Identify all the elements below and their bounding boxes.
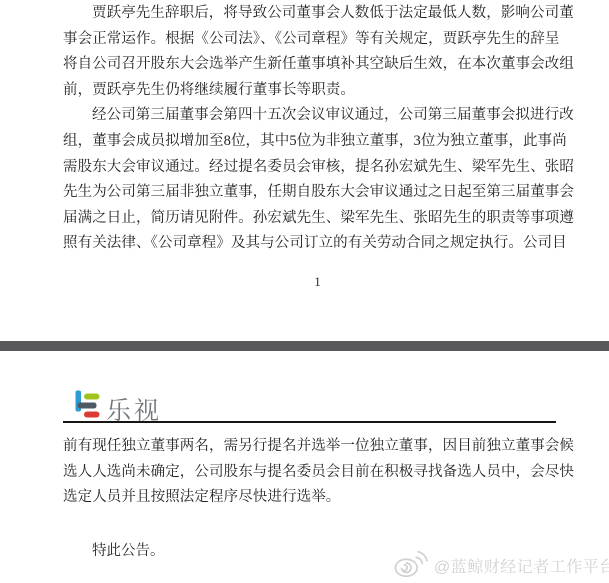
logo-green-bar [84,394,100,400]
body-text-line: 组，董事会成员拟增加至8位，其中5位为非独立董事，3位为独立董事，此事尚 [63,129,577,155]
page-number: 1 [63,274,572,290]
logo-red-bar [84,412,100,418]
body-text-line: 前，贾跃亭先生仍将继续履行董事长等职责。 [63,78,577,104]
logo-slate-bar [78,403,97,409]
weibo-icon [394,548,428,579]
announcement-document: 贾跃亭先生辞职后，将导致公司董事会人数低于法定最低人数，影响公司董 事会正常运作… [0,0,609,583]
body-text-line: 先生为公司第三届非独立董事，任期自股东大会审议通过之日起至第三届董事会 [63,180,577,206]
page-2-text: 前有现任独立董事两名，需另行提名并选举一位独立董事，因目前独立董事会候 选人人选… [63,434,577,511]
watermark-text: @蓝鲸财经记者工作平台 [434,554,609,577]
watermark: @蓝鲸财经记者工作平台 [394,548,609,579]
page-1-text: 贾跃亭先生辞职后，将导致公司董事会人数低于法定最低人数，影响公司董 事会正常运作… [63,1,577,257]
body-text-line: 事会正常运作。根据《公司法》、《公司章程》等有关规定，贾跃亭先生的辞呈 [63,27,577,53]
body-text-line: 选人人选尚未确定，公司股东与提名委员会目前在积极寻找备选人员中，会尽快 [63,460,577,486]
body-text-line: 照有关法律、《公司章程》及其与公司订立的有关劳动合同之规定执行。公司目 [63,231,577,257]
body-text-line: 需股东大会审议通过。经过提名委员会审核，提名孙宏斌先生、梁军先生、张昭 [63,155,577,181]
body-text-line: 前有现任独立董事两名，需另行提名并选举一位独立董事，因目前独立董事会候 [63,434,577,460]
body-text-line: 届满之日止，简历请见附件。孙宏斌先生、梁军先生、张昭先生的职责等事项遵 [63,206,577,232]
body-text-line: 选定人员并且按照法定程序尽快进行选举。 [63,485,577,511]
body-text-line: 经公司第三届董事会第四十五次会议审议通过，公司第三届董事会拟进行改 [63,103,577,129]
page-divider [0,341,609,351]
body-text-line: 贾跃亭先生辞职后，将导致公司董事会人数低于法定最低人数，影响公司董 [63,1,577,27]
leeco-logo-mark-icon [75,390,105,420]
logo-underline [63,421,556,423]
closing-line: 特此公告。 [63,539,165,565]
body-text-line: 特此公告。 [63,539,165,565]
body-text-line: 将自公司召开股东大会选举产生新任董事填补其空缺后生效，在本次董事会改组 [63,52,577,78]
